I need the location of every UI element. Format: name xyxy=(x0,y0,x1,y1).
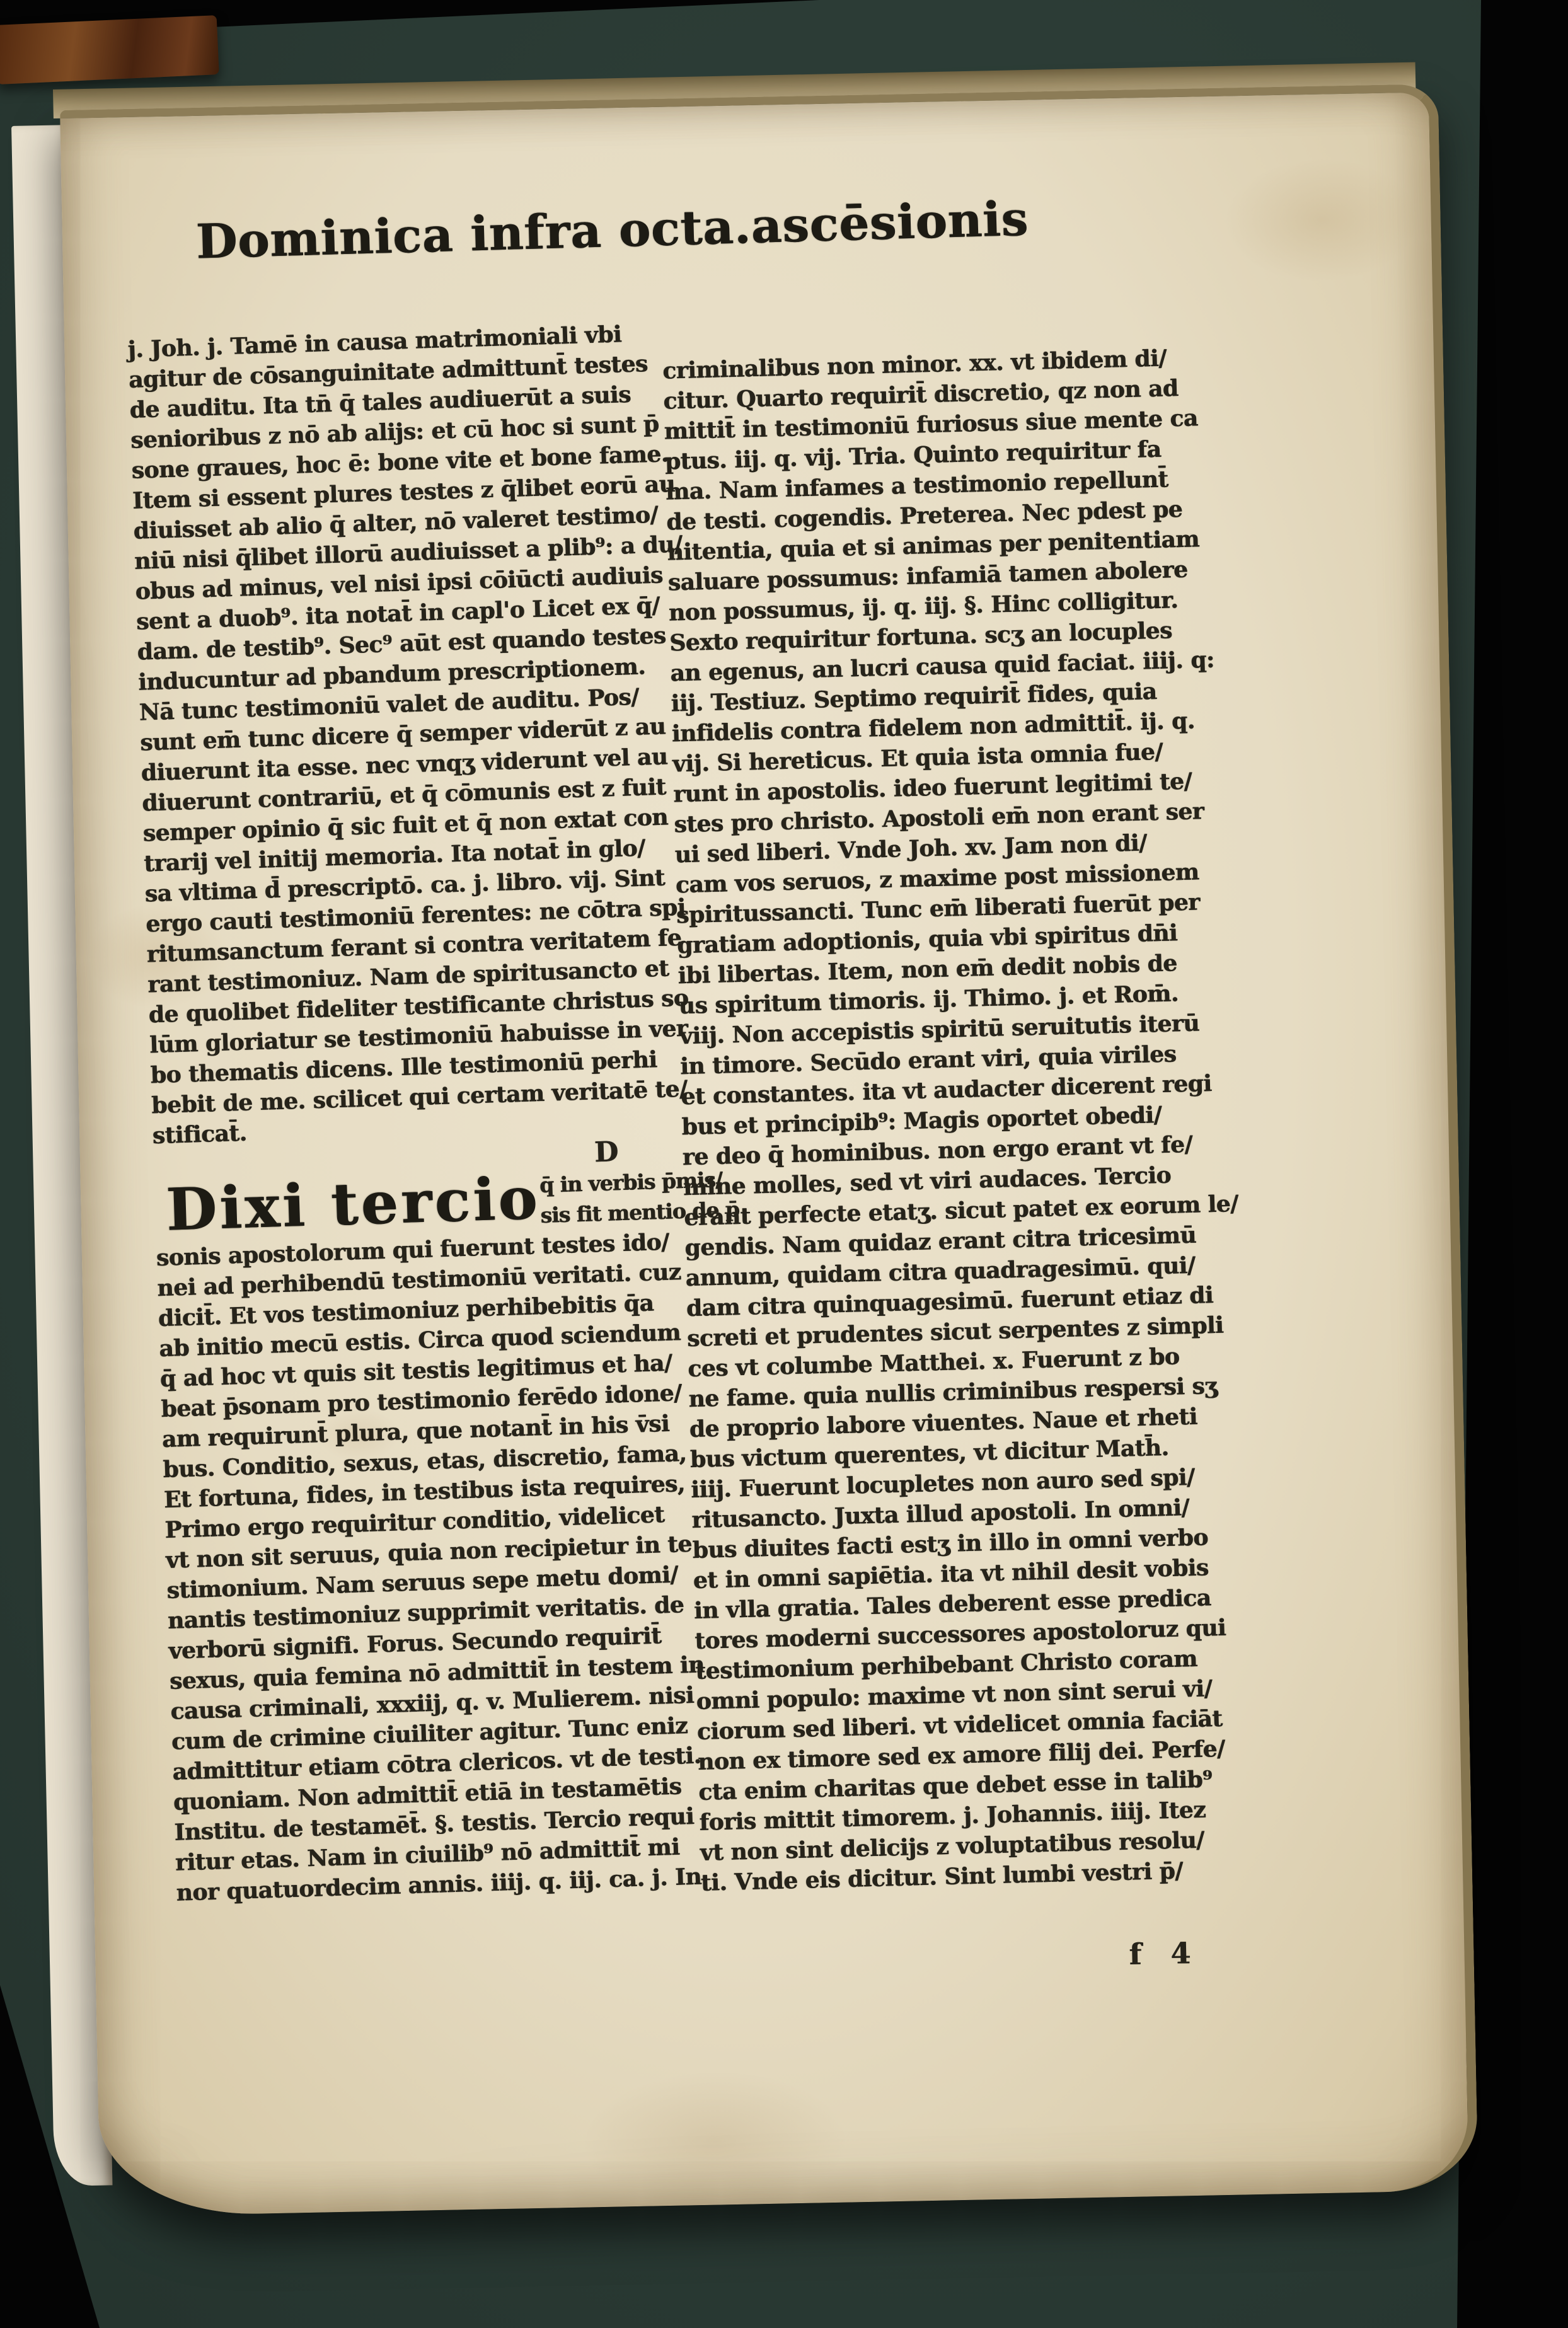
section-initial-words: Dixi tercio xyxy=(165,1170,541,1238)
book-page: Dominica infra octa.ascēsionis j. Joh. j… xyxy=(60,84,1479,2216)
paragraph-lines: criminalibus non minor. xx. vt ibidem di… xyxy=(662,342,1269,1898)
binding-leather-fragment xyxy=(0,15,219,84)
signature-mark: f 4 xyxy=(1129,1936,1191,1971)
scanned-book-photo: Dominica infra octa.ascēsionis j. Joh. j… xyxy=(0,0,1568,2328)
text-column-left: j. Joh. j. Tamē in causa matrimoniali vb… xyxy=(127,317,744,1908)
paragraph-lines: sonis apostolorum qui fuerunt testes ido… xyxy=(156,1225,744,1908)
paragraph-lines: j. Joh. j. Tamē in causa matrimoniali vb… xyxy=(127,317,720,1151)
running-title: Dominica infra octa.ascēsionis xyxy=(195,191,1029,270)
text-column-right: criminalibus non minor. xx. vt ibidem di… xyxy=(662,342,1269,1898)
